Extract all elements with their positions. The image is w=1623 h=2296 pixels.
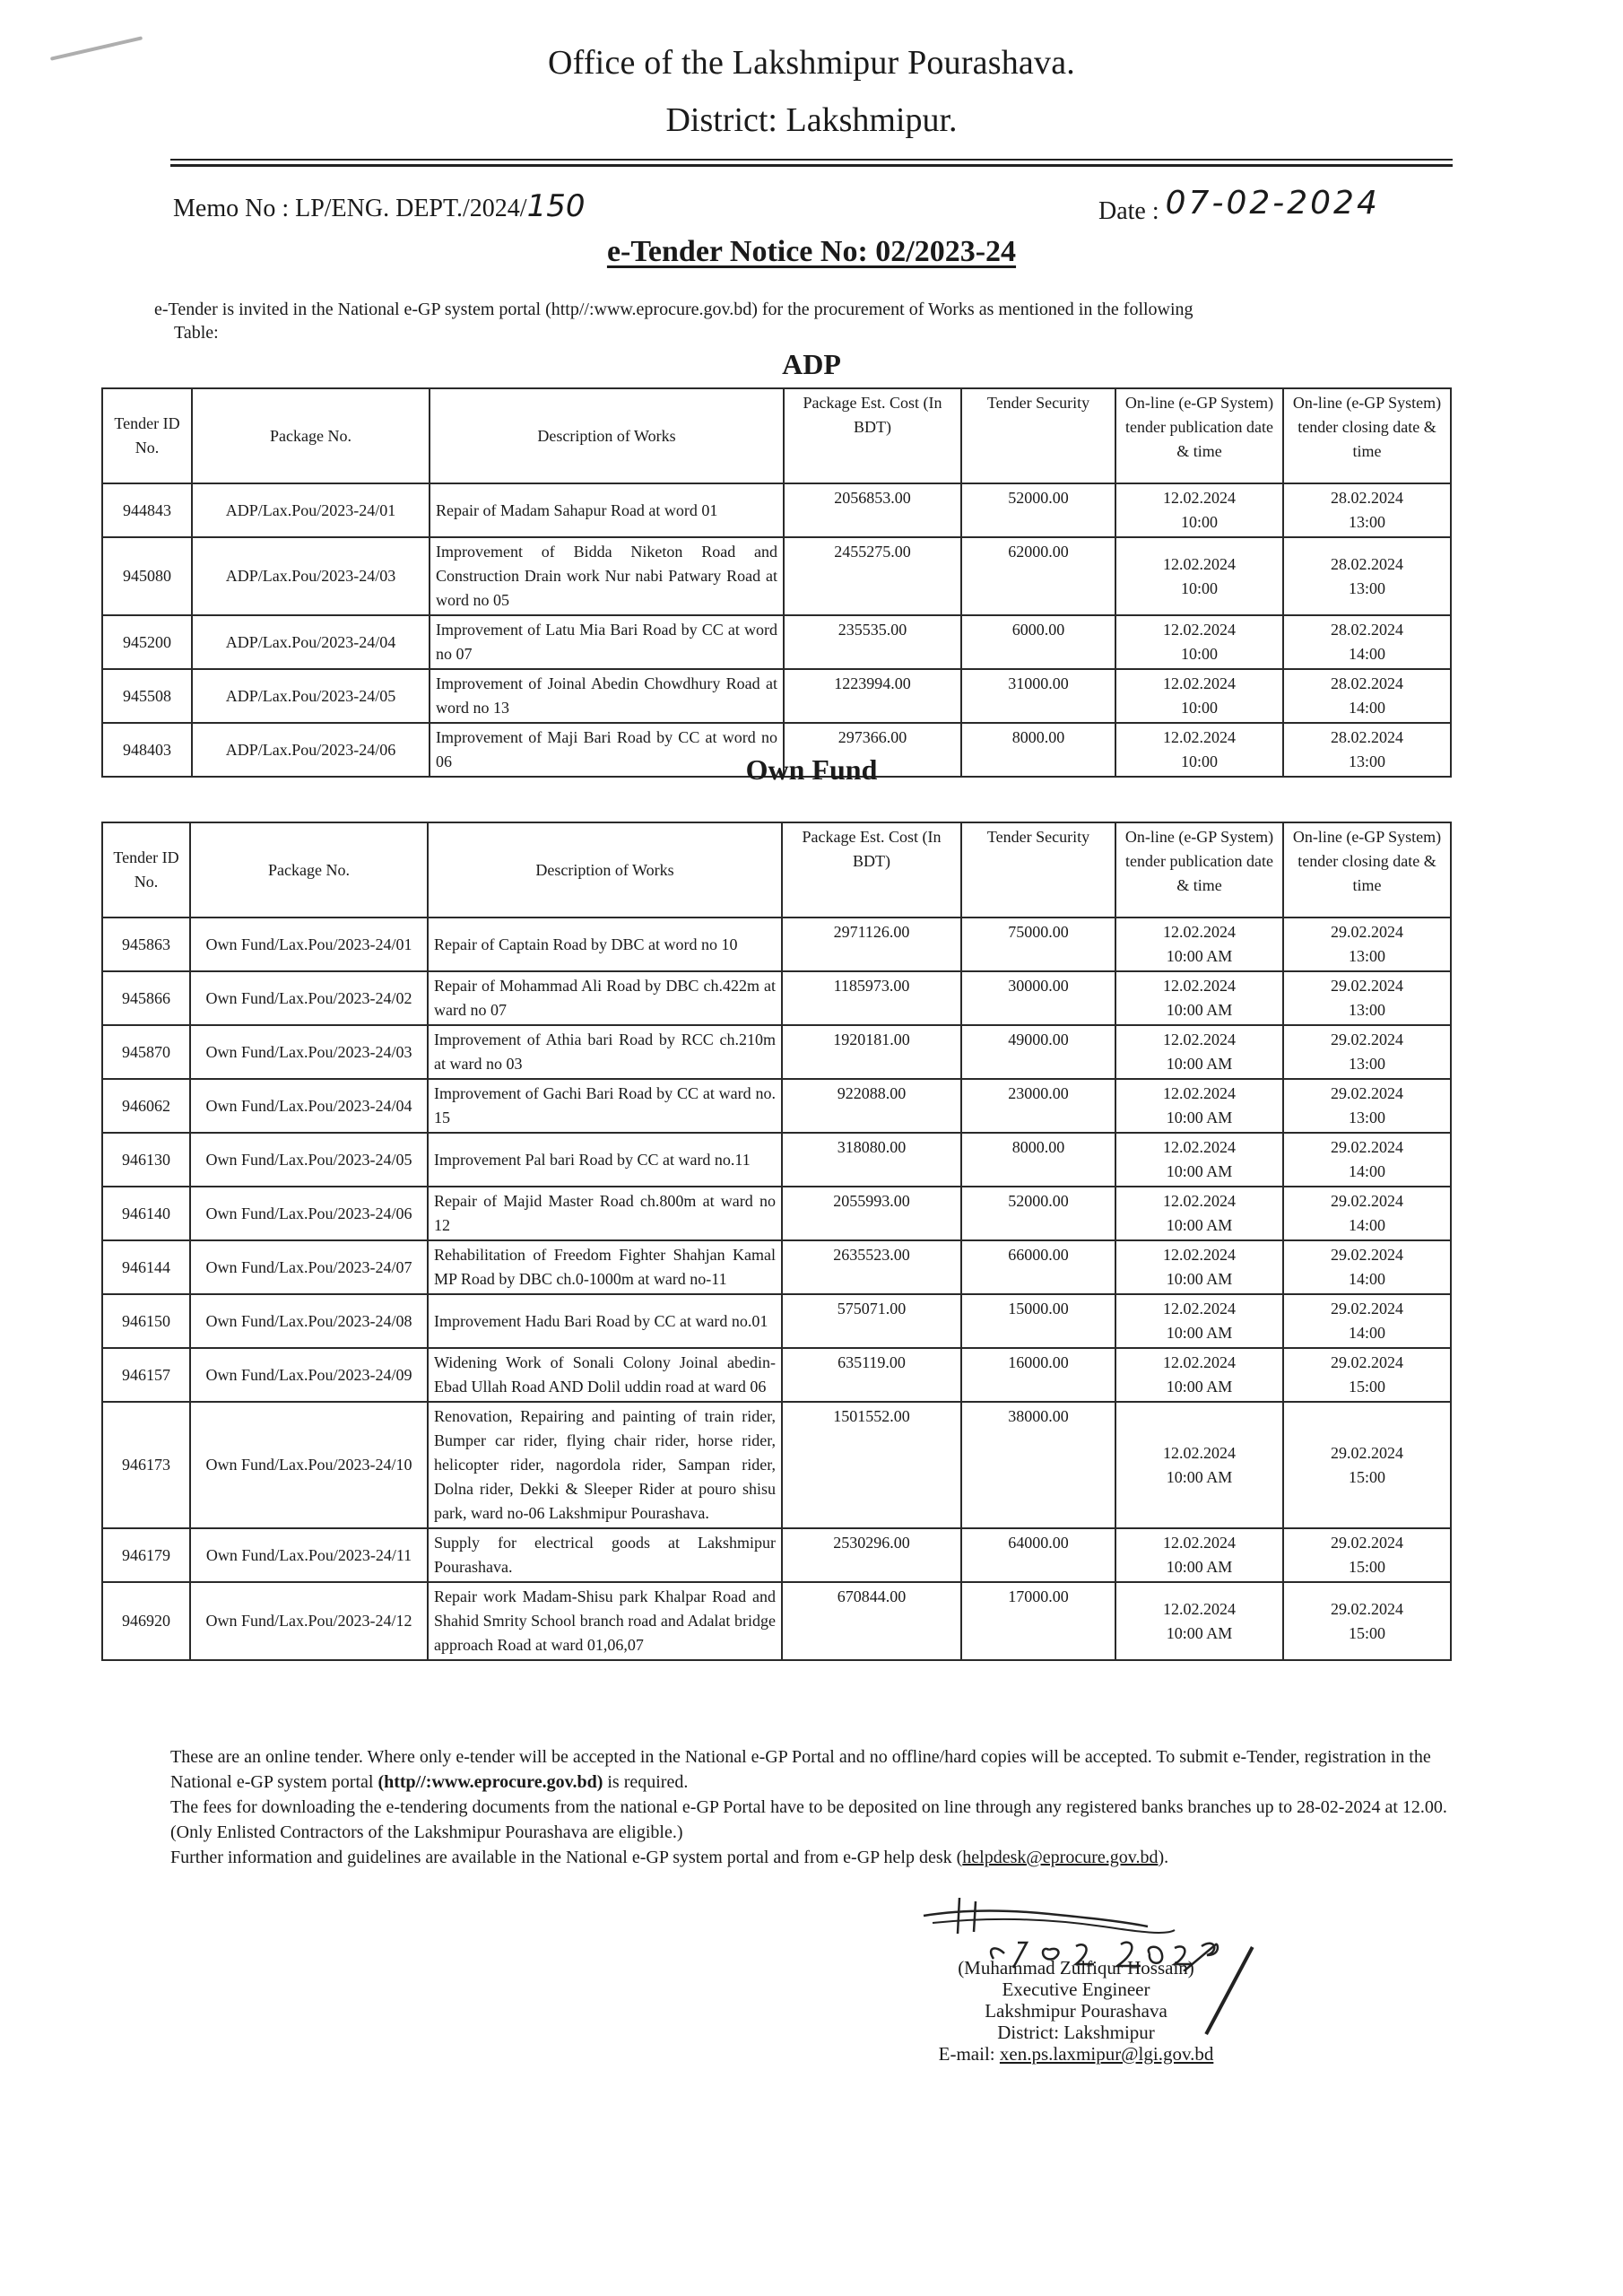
cost-cell: 2055993.00 <box>782 1187 961 1240</box>
footer-p3-tail: ). <box>1158 1848 1168 1867</box>
package-no-cell: Own Fund/Lax.Pou/2023-24/12 <box>190 1582 428 1660</box>
security-cell: 66000.00 <box>961 1240 1115 1294</box>
closing-time: 13:00 <box>1289 1052 1445 1076</box>
security-cell: 64000.00 <box>961 1528 1115 1582</box>
tender-id-cell: 946157 <box>102 1348 190 1402</box>
cost-cell: 922088.00 <box>782 1079 961 1133</box>
publication-cell: 12.02.202410:00 AM <box>1115 1348 1283 1402</box>
cost-cell: 235535.00 <box>784 615 961 669</box>
closing-cell: 29.02.202414:00 <box>1283 1187 1451 1240</box>
helpdesk-email-link[interactable]: helpdesk@eprocure.gov.bd <box>962 1848 1158 1867</box>
eprocure-link[interactable]: (http//:www.eprocure.gov.bd) <box>378 1772 603 1792</box>
description-cell: Improvement of Gachi Bari Road by CC at … <box>428 1079 782 1133</box>
security-cell: 31000.00 <box>961 669 1115 723</box>
publication-date: 12.02.2024 <box>1122 920 1277 944</box>
publication-cell: 12.02.202410:00 AM <box>1115 1582 1283 1660</box>
closing-time: 15:00 <box>1289 1555 1445 1579</box>
col-description: Description of Works <box>430 388 784 483</box>
closing-cell: 29.02.202415:00 <box>1283 1528 1451 1582</box>
cost-cell: 2056853.00 <box>784 483 961 537</box>
publication-time: 10:00 AM <box>1122 1160 1277 1184</box>
tender-id-cell: 945080 <box>102 537 192 615</box>
closing-date: 29.02.2024 <box>1289 1082 1445 1106</box>
tender-id-cell: 946173 <box>102 1402 190 1528</box>
closing-time: 15:00 <box>1289 1465 1445 1490</box>
closing-date: 28.02.2024 <box>1289 552 1445 577</box>
tender-id-cell: 946920 <box>102 1582 190 1660</box>
publication-time: 10:00 <box>1122 642 1277 666</box>
tender-id-cell: 945508 <box>102 669 192 723</box>
signatory-email-link[interactable]: xen.ps.laxmipur@lgi.gov.bd <box>1000 2043 1213 2065</box>
col-tender-id: Tender ID No. <box>102 822 190 918</box>
publication-cell: 12.02.202410:00 AM <box>1115 918 1283 971</box>
closing-cell: 28.02.202414:00 <box>1283 669 1451 723</box>
publication-time: 10:00 AM <box>1122 1267 1277 1291</box>
header-rule <box>170 159 1453 161</box>
table-row: 946150Own Fund/Lax.Pou/2023-24/08Improve… <box>102 1294 1451 1348</box>
cost-cell: 2971126.00 <box>782 918 961 971</box>
description-cell: Improvement of Joinal Abedin Chowdhury R… <box>430 669 784 723</box>
col-cost: Package Est. Cost (In BDT) <box>784 388 961 483</box>
closing-date: 29.02.2024 <box>1289 1135 1445 1160</box>
table-row: 946062Own Fund/Lax.Pou/2023-24/04Improve… <box>102 1079 1451 1133</box>
table-header-row: Tender ID No. Package No. Description of… <box>102 822 1451 918</box>
publication-date: 12.02.2024 <box>1122 1082 1277 1106</box>
publication-cell: 12.02.202410:00 AM <box>1115 971 1283 1025</box>
tender-id-cell: 946062 <box>102 1079 190 1133</box>
security-cell: 15000.00 <box>961 1294 1115 1348</box>
closing-cell: 29.02.202414:00 <box>1283 1240 1451 1294</box>
description-cell: Improvement Hadu Bari Road by CC at ward… <box>428 1294 782 1348</box>
publication-cell: 12.02.202410:00 AM <box>1115 1079 1283 1133</box>
table-row: 946157Own Fund/Lax.Pou/2023-24/09Widenin… <box>102 1348 1451 1402</box>
email-label: E-mail: <box>939 2043 1000 2065</box>
signatory-district: District: Lakshmipur <box>906 2022 1246 2043</box>
table-row: 945863Own Fund/Lax.Pou/2023-24/01Repair … <box>102 918 1451 971</box>
package-no-cell: ADP/Lax.Pou/2023-24/03 <box>192 537 430 615</box>
package-no-cell: Own Fund/Lax.Pou/2023-24/03 <box>190 1025 428 1079</box>
description-cell: Repair of Mohammad Ali Road by DBC ch.42… <box>428 971 782 1025</box>
closing-date: 29.02.2024 <box>1289 1028 1445 1052</box>
package-no-cell: Own Fund/Lax.Pou/2023-24/07 <box>190 1240 428 1294</box>
closing-time: 15:00 <box>1289 1375 1445 1399</box>
closing-cell: 29.02.202415:00 <box>1283 1582 1451 1660</box>
publication-date: 12.02.2024 <box>1122 1028 1277 1052</box>
closing-date: 28.02.2024 <box>1289 726 1445 750</box>
cost-cell: 1920181.00 <box>782 1025 961 1079</box>
publication-cell: 12.02.202410:00 <box>1115 615 1283 669</box>
own-fund-table: Tender ID No. Package No. Description of… <box>101 822 1452 1661</box>
table-row: 945866Own Fund/Lax.Pou/2023-24/02Repair … <box>102 971 1451 1025</box>
tender-id-cell: 946179 <box>102 1528 190 1582</box>
table-row: 946130Own Fund/Lax.Pou/2023-24/05Improve… <box>102 1133 1451 1187</box>
tender-id-cell: 945863 <box>102 918 190 971</box>
col-security: Tender Security <box>961 822 1115 918</box>
cost-cell: 575071.00 <box>782 1294 961 1348</box>
closing-cell: 28.02.202413:00 <box>1283 537 1451 615</box>
publication-time: 10:00 <box>1122 510 1277 535</box>
cost-cell: 2635523.00 <box>782 1240 961 1294</box>
cost-cell: 635119.00 <box>782 1348 961 1402</box>
publication-date: 12.02.2024 <box>1122 1135 1277 1160</box>
description-cell: Repair of Madam Sahapur Road at word 01 <box>430 483 784 537</box>
security-cell: 38000.00 <box>961 1402 1115 1528</box>
publication-cell: 12.02.202410:00 AM <box>1115 1025 1283 1079</box>
publication-date: 12.02.2024 <box>1122 618 1277 642</box>
tender-id-cell: 946144 <box>102 1240 190 1294</box>
closing-date: 29.02.2024 <box>1289 1189 1445 1213</box>
closing-cell: 29.02.202413:00 <box>1283 1079 1451 1133</box>
publication-cell: 12.02.202410:00 AM <box>1115 1528 1283 1582</box>
district-title: District: Lakshmipur. <box>0 100 1623 140</box>
publication-date: 12.02.2024 <box>1122 726 1277 750</box>
closing-date: 29.02.2024 <box>1289 1243 1445 1267</box>
publication-date: 12.02.2024 <box>1122 974 1277 998</box>
publication-time: 10:00 <box>1122 577 1277 601</box>
table-row: 945080ADP/Lax.Pou/2023-24/03Improvement … <box>102 537 1451 615</box>
closing-time: 14:00 <box>1289 696 1445 720</box>
closing-date: 29.02.2024 <box>1289 920 1445 944</box>
col-cost: Package Est. Cost (In BDT) <box>782 822 961 918</box>
closing-time: 13:00 <box>1289 998 1445 1022</box>
col-publication: On-line (e-GP System) tender publication… <box>1115 822 1283 918</box>
footer-p1-tail: is required. <box>603 1772 688 1792</box>
closing-cell: 29.02.202415:00 <box>1283 1402 1451 1528</box>
memo-label: Memo No : LP/ENG. DEPT./2024/ <box>173 195 527 222</box>
publication-time: 10:00 AM <box>1122 1321 1277 1345</box>
publication-cell: 12.02.202410:00 AM <box>1115 1133 1283 1187</box>
closing-date: 28.02.2024 <box>1289 486 1445 510</box>
tender-id-cell: 946130 <box>102 1133 190 1187</box>
memo-date: Date : 07-02-2024 <box>1098 190 1380 227</box>
cost-cell: 670844.00 <box>782 1582 961 1660</box>
signature-block: (Muhammad Zulfiqur Hossain) Executive En… <box>906 1957 1246 2065</box>
description-cell: Repair work Madam-Shisu park Khalpar Roa… <box>428 1582 782 1660</box>
publication-cell: 12.02.202410:00 AM <box>1115 1187 1283 1240</box>
tender-id-cell: 946140 <box>102 1187 190 1240</box>
package-no-cell: Own Fund/Lax.Pou/2023-24/01 <box>190 918 428 971</box>
col-package-no: Package No. <box>192 388 430 483</box>
office-title: Office of the Lakshmipur Pourashava. <box>0 43 1623 83</box>
security-cell: 8000.00 <box>961 1133 1115 1187</box>
closing-date: 29.02.2024 <box>1289 974 1445 998</box>
closing-cell: 29.02.202413:00 <box>1283 918 1451 971</box>
publication-date: 12.02.2024 <box>1122 1531 1277 1555</box>
footer-paragraph-3: Further information and guidelines are a… <box>170 1845 1453 1870</box>
publication-time: 10:00 AM <box>1122 1106 1277 1130</box>
publication-cell: 12.02.202410:00 AM <box>1115 1402 1283 1528</box>
security-cell: 52000.00 <box>961 483 1115 537</box>
closing-date: 29.02.2024 <box>1289 1597 1445 1622</box>
closing-time: 14:00 <box>1289 1160 1445 1184</box>
table-row: 945200ADP/Lax.Pou/2023-24/04Improvement … <box>102 615 1451 669</box>
closing-time: 14:00 <box>1289 1267 1445 1291</box>
closing-cell: 29.02.202413:00 <box>1283 1025 1451 1079</box>
table-row: 946144Own Fund/Lax.Pou/2023-24/07Rehabil… <box>102 1240 1451 1294</box>
publication-date: 12.02.2024 <box>1122 1297 1277 1321</box>
package-no-cell: Own Fund/Lax.Pou/2023-24/06 <box>190 1187 428 1240</box>
closing-date: 29.02.2024 <box>1289 1297 1445 1321</box>
col-closing: On-line (e-GP System) tender closing dat… <box>1283 822 1451 918</box>
col-closing: On-line (e-GP System) tender closing dat… <box>1283 388 1451 483</box>
col-description: Description of Works <box>428 822 782 918</box>
description-cell: Rehabilitation of Freedom Fighter Shahja… <box>428 1240 782 1294</box>
tender-id-cell: 945870 <box>102 1025 190 1079</box>
cost-cell: 2455275.00 <box>784 537 961 615</box>
section-title-own-fund: Own Fund <box>0 753 1623 787</box>
intro-table-label: Table: <box>154 323 219 343</box>
package-no-cell: Own Fund/Lax.Pou/2023-24/05 <box>190 1133 428 1187</box>
date-handwritten: 07-02-2024 <box>1166 185 1380 222</box>
package-no-cell: ADP/Lax.Pou/2023-24/05 <box>192 669 430 723</box>
closing-cell: 29.02.202414:00 <box>1283 1133 1451 1187</box>
table-row: 944843ADP/Lax.Pou/2023-24/01Repair of Ma… <box>102 483 1451 537</box>
publication-time: 10:00 AM <box>1122 1052 1277 1076</box>
adp-table: Tender ID No. Package No. Description of… <box>101 387 1452 778</box>
publication-date: 12.02.2024 <box>1122 1597 1277 1622</box>
cost-cell: 2530296.00 <box>782 1528 961 1582</box>
table-row: 946140Own Fund/Lax.Pou/2023-24/06Repair … <box>102 1187 1451 1240</box>
closing-time: 15:00 <box>1289 1622 1445 1646</box>
publication-date: 12.02.2024 <box>1122 672 1277 696</box>
publication-cell: 12.02.202410:00 <box>1115 669 1283 723</box>
intro-paragraph: e-Tender is invited in the National e-GP… <box>154 298 1445 344</box>
description-cell: Improvement of Athia bari Road by RCC ch… <box>428 1025 782 1079</box>
package-no-cell: Own Fund/Lax.Pou/2023-24/02 <box>190 971 428 1025</box>
signatory-office: Lakshmipur Pourashava <box>906 2000 1246 2022</box>
tender-id-cell: 945200 <box>102 615 192 669</box>
description-cell: Supply for electrical goods at Lakshmipu… <box>428 1528 782 1582</box>
security-cell: 30000.00 <box>961 971 1115 1025</box>
signatory-designation: Executive Engineer <box>906 1979 1246 2000</box>
memo-number: Memo No : LP/ENG. DEPT./2024/150 <box>173 188 586 224</box>
publication-cell: 12.02.202410:00 AM <box>1115 1240 1283 1294</box>
col-tender-id: Tender ID No. <box>102 388 192 483</box>
table-row: 946179Own Fund/Lax.Pou/2023-24/11Supply … <box>102 1528 1451 1582</box>
cost-cell: 1501552.00 <box>782 1402 961 1528</box>
description-cell: Widening Work of Sonali Colony Joinal ab… <box>428 1348 782 1402</box>
security-cell: 75000.00 <box>961 918 1115 971</box>
security-cell: 52000.00 <box>961 1187 1115 1240</box>
closing-date: 29.02.2024 <box>1289 1441 1445 1465</box>
footer-p1-text: These are an online tender. Where only e… <box>170 1747 1431 1792</box>
publication-time: 10:00 AM <box>1122 1465 1277 1490</box>
closing-time: 13:00 <box>1289 944 1445 969</box>
table-row: 946173Own Fund/Lax.Pou/2023-24/10Renovat… <box>102 1402 1451 1528</box>
security-cell: 17000.00 <box>961 1582 1115 1660</box>
closing-cell: 29.02.202413:00 <box>1283 971 1451 1025</box>
signatory-email-line: E-mail: xen.ps.laxmipur@lgi.gov.bd <box>906 2043 1246 2065</box>
publication-date: 12.02.2024 <box>1122 1243 1277 1267</box>
footer-paragraph-1: These are an online tender. Where only e… <box>170 1744 1453 1795</box>
publication-date: 12.02.2024 <box>1122 552 1277 577</box>
package-no-cell: ADP/Lax.Pou/2023-24/01 <box>192 483 430 537</box>
description-cell: Improvement of Latu Mia Bari Road by CC … <box>430 615 784 669</box>
closing-cell: 28.02.202414:00 <box>1283 615 1451 669</box>
closing-cell: 29.02.202415:00 <box>1283 1348 1451 1402</box>
publication-time: 10:00 <box>1122 696 1277 720</box>
closing-time: 14:00 <box>1289 1321 1445 1345</box>
closing-time: 14:00 <box>1289 1213 1445 1238</box>
package-no-cell: ADP/Lax.Pou/2023-24/04 <box>192 615 430 669</box>
footer-paragraph-2: The fees for downloading the e-tendering… <box>170 1795 1453 1845</box>
publication-cell: 12.02.202410:00 <box>1115 537 1283 615</box>
description-cell: Improvement Pal bari Road by CC at ward … <box>428 1133 782 1187</box>
table-row: 946920Own Fund/Lax.Pou/2023-24/12Repair … <box>102 1582 1451 1660</box>
publication-time: 10:00 AM <box>1122 944 1277 969</box>
intro-text: e-Tender is invited in the National e-GP… <box>154 300 1193 319</box>
publication-date: 12.02.2024 <box>1122 1189 1277 1213</box>
signatory-name: (Muhammad Zulfiqur Hossain) <box>906 1957 1246 1979</box>
publication-time: 10:00 AM <box>1122 998 1277 1022</box>
publication-time: 10:00 AM <box>1122 1213 1277 1238</box>
security-cell: 23000.00 <box>961 1079 1115 1133</box>
header-rule-double <box>170 164 1453 167</box>
security-cell: 16000.00 <box>961 1348 1115 1402</box>
closing-date: 28.02.2024 <box>1289 672 1445 696</box>
tender-id-cell: 945866 <box>102 971 190 1025</box>
security-cell: 49000.00 <box>961 1025 1115 1079</box>
security-cell: 62000.00 <box>961 537 1115 615</box>
footer-notes: These are an online tender. Where only e… <box>170 1744 1453 1870</box>
closing-date: 28.02.2024 <box>1289 618 1445 642</box>
closing-time: 14:00 <box>1289 642 1445 666</box>
closing-cell: 29.02.202414:00 <box>1283 1294 1451 1348</box>
cost-cell: 1185973.00 <box>782 971 961 1025</box>
footer-p3-text: Further information and guidelines are a… <box>170 1848 962 1867</box>
description-cell: Renovation, Repairing and painting of tr… <box>428 1402 782 1528</box>
col-security: Tender Security <box>961 388 1115 483</box>
closing-cell: 28.02.202413:00 <box>1283 483 1451 537</box>
publication-date: 12.02.2024 <box>1122 1351 1277 1375</box>
notice-title: e-Tender Notice No: 02/2023-24 <box>0 235 1623 269</box>
security-cell: 6000.00 <box>961 615 1115 669</box>
package-no-cell: Own Fund/Lax.Pou/2023-24/08 <box>190 1294 428 1348</box>
closing-date: 29.02.2024 <box>1289 1351 1445 1375</box>
closing-date: 29.02.2024 <box>1289 1531 1445 1555</box>
publication-date: 12.02.2024 <box>1122 1441 1277 1465</box>
closing-time: 13:00 <box>1289 510 1445 535</box>
table-row: 945870Own Fund/Lax.Pou/2023-24/03Improve… <box>102 1025 1451 1079</box>
closing-time: 13:00 <box>1289 1106 1445 1130</box>
closing-time: 13:00 <box>1289 577 1445 601</box>
col-package-no: Package No. <box>190 822 428 918</box>
package-no-cell: Own Fund/Lax.Pou/2023-24/11 <box>190 1528 428 1582</box>
package-no-cell: Own Fund/Lax.Pou/2023-24/10 <box>190 1402 428 1528</box>
date-label: Date : <box>1098 197 1159 225</box>
publication-time: 10:00 AM <box>1122 1555 1277 1579</box>
tender-id-cell: 944843 <box>102 483 192 537</box>
publication-date: 12.02.2024 <box>1122 486 1277 510</box>
cost-cell: 1223994.00 <box>784 669 961 723</box>
cost-cell: 318080.00 <box>782 1133 961 1187</box>
publication-cell: 12.02.202410:00 AM <box>1115 1294 1283 1348</box>
memo-handwritten-number: 150 <box>527 188 586 224</box>
publication-time: 10:00 AM <box>1122 1622 1277 1646</box>
package-no-cell: Own Fund/Lax.Pou/2023-24/09 <box>190 1348 428 1402</box>
description-cell: Repair of Captain Road by DBC at word no… <box>428 918 782 971</box>
col-publication: On-line (e-GP System) tender publication… <box>1115 388 1283 483</box>
table-row: 945508ADP/Lax.Pou/2023-24/05Improvement … <box>102 669 1451 723</box>
package-no-cell: Own Fund/Lax.Pou/2023-24/04 <box>190 1079 428 1133</box>
publication-cell: 12.02.202410:00 <box>1115 483 1283 537</box>
section-title-adp: ADP <box>0 348 1623 381</box>
publication-time: 10:00 AM <box>1122 1375 1277 1399</box>
description-cell: Repair of Majid Master Road ch.800m at w… <box>428 1187 782 1240</box>
tender-id-cell: 946150 <box>102 1294 190 1348</box>
description-cell: Improvement of Bidda Niketon Road and Co… <box>430 537 784 615</box>
notice-title-text: e-Tender Notice No: 02/2023-24 <box>607 235 1016 268</box>
table-header-row: Tender ID No. Package No. Description of… <box>102 388 1451 483</box>
